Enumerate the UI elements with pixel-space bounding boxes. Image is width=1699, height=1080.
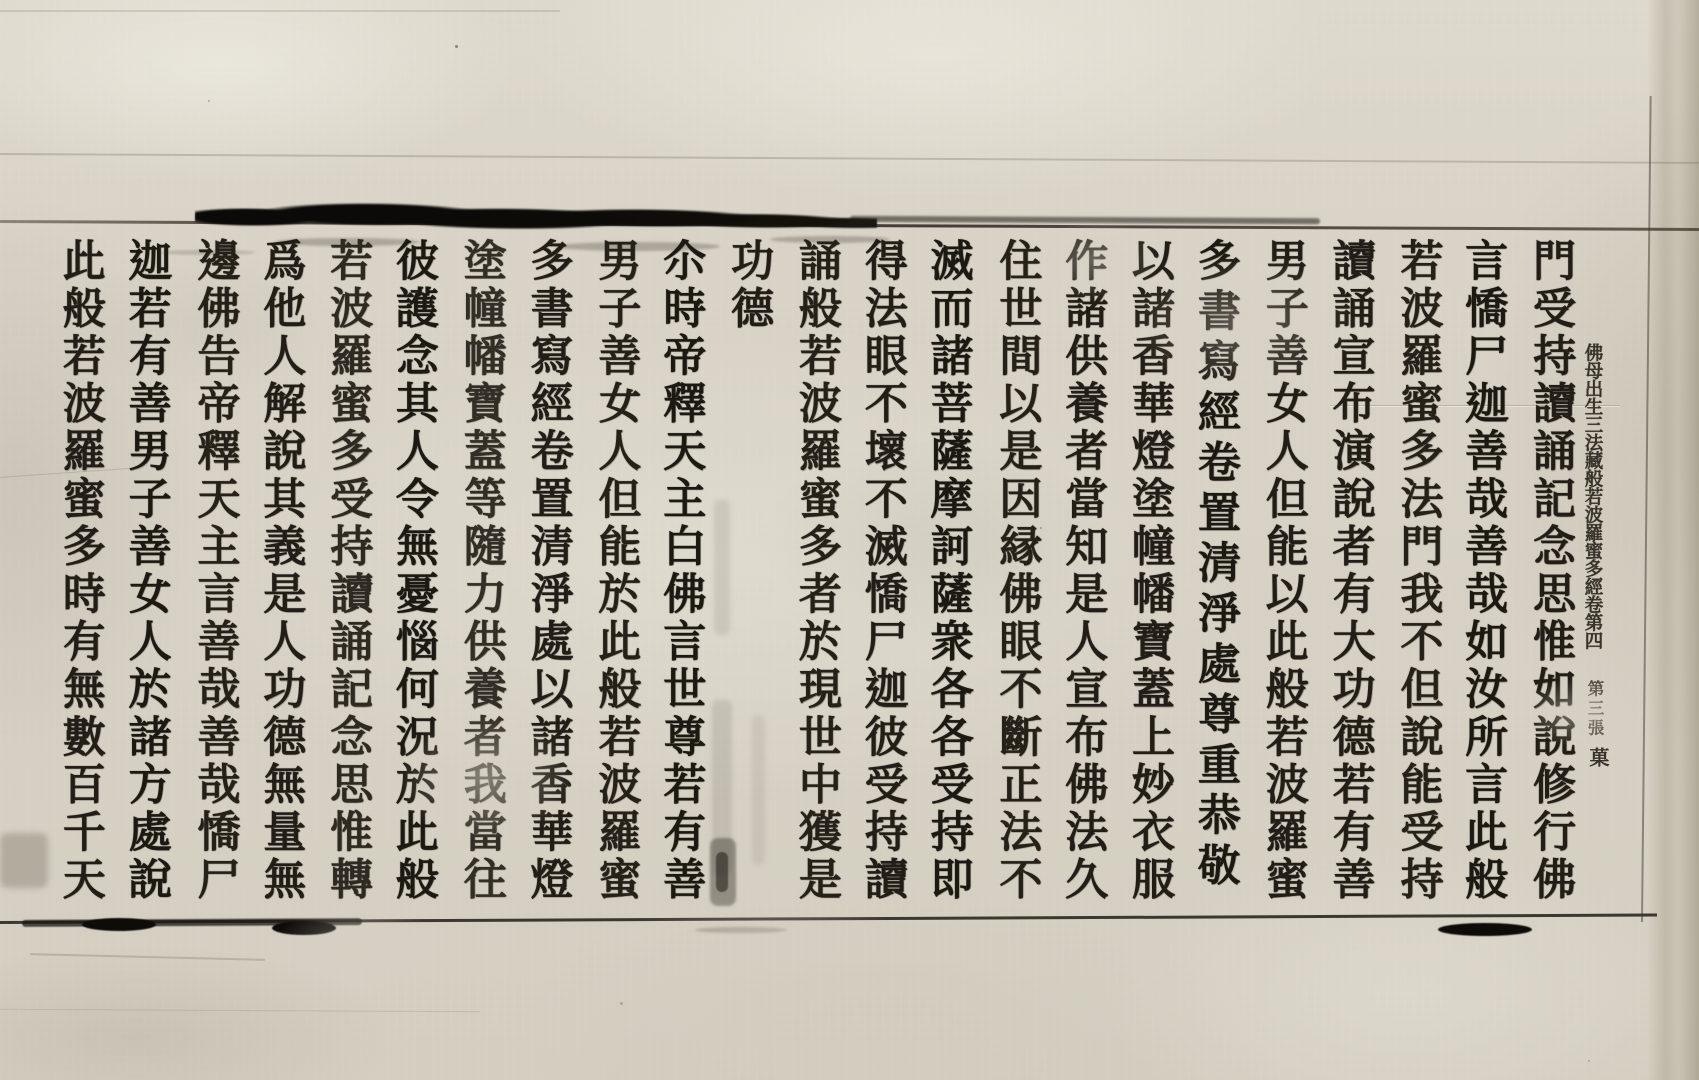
sutra-column: 門受持讀誦記念思惟如說修行佛 (1517, 234, 1584, 934)
scanned-sutra-sheet: 門受持讀誦記念思惟如說修行佛 言憍尸迦善哉善哉如汝所言此般 若波羅蜜多法門我不但… (0, 0, 1699, 1080)
sutra-column: 彼護念其人令無憂惱何況於此般 (380, 234, 447, 934)
paper-speck (455, 45, 458, 48)
paper-speck (620, 1002, 623, 1005)
sutra-column: 言憍尸迦善哉善哉如汝所言此般 (1449, 234, 1516, 934)
sutra-column: 得法眼不壞不滅憍尸迦彼受持讀 (849, 234, 916, 934)
carver-mark: 菓 (1583, 747, 1613, 781)
gray-smudge-bottom-left (0, 833, 48, 888)
sutra-text-block: 門受持讀誦記念思惟如說修行佛 言憍尸迦善哉善哉如汝所言此般 若波羅蜜多法門我不但… (47, 234, 1584, 934)
top-ink-smear (195, 198, 877, 236)
sutra-column: 迦若有善男子善女人於諸方處說 (113, 234, 180, 934)
sutra-column: 多書寫經卷置清淨處尊重恭敬 (1182, 234, 1249, 934)
right-paper-fold-edge (1647, 0, 1699, 1080)
sutra-column: 男子善女人但能於此般若波羅蜜 (583, 234, 650, 934)
scroll-title-column: 佛母出生三法藏般若波羅蜜多經卷第四 (1575, 343, 1609, 673)
sutra-column: 住世間以是因縁佛眼不斷正法不 (984, 234, 1051, 934)
sutra-column: 作諸供養者當知是人宣布佛法久 (1049, 234, 1116, 934)
sutra-column: 誦般若波羅蜜多者於現世中獲是 (783, 234, 850, 934)
sutra-column: 尒時帝釋天主白佛言世尊若有善 (647, 234, 714, 934)
sutra-column: 塗幢幡寶蓋等隨力供養者我當往 (448, 234, 515, 934)
sutra-column: 讀誦宣布演說者有大功德若有善 (1317, 234, 1384, 934)
sutra-column: 若波羅蜜多法門我不但說能受持 (1385, 234, 1452, 934)
sutra-column: 邊佛告帝釋天主言善哉善哉憍尸 (182, 234, 249, 934)
sutra-column: 爲他人解說其義是人功德無量無 (247, 234, 314, 934)
sutra-column: 以諸香華燈塗幢幡寶蓋上妙衣服 (1116, 234, 1183, 934)
sutra-column: 功德 (715, 234, 782, 934)
sutra-column: 此般若波羅蜜多時有無數百千天 (47, 234, 114, 934)
sutra-column: 男子善女人但能以此般若波羅蜜 (1250, 234, 1317, 934)
paper-speck (208, 100, 210, 102)
paper-speck (1588, 1060, 1590, 1062)
sutra-column: 多書寫經卷置清淨處以諸香華燈 (515, 234, 582, 934)
sutra-column: 若波羅蜜多受持讀誦記念思惟轉 (314, 234, 381, 934)
sutra-column: 滅而諸菩薩摩訶薩衆各各受持即 (915, 234, 982, 934)
